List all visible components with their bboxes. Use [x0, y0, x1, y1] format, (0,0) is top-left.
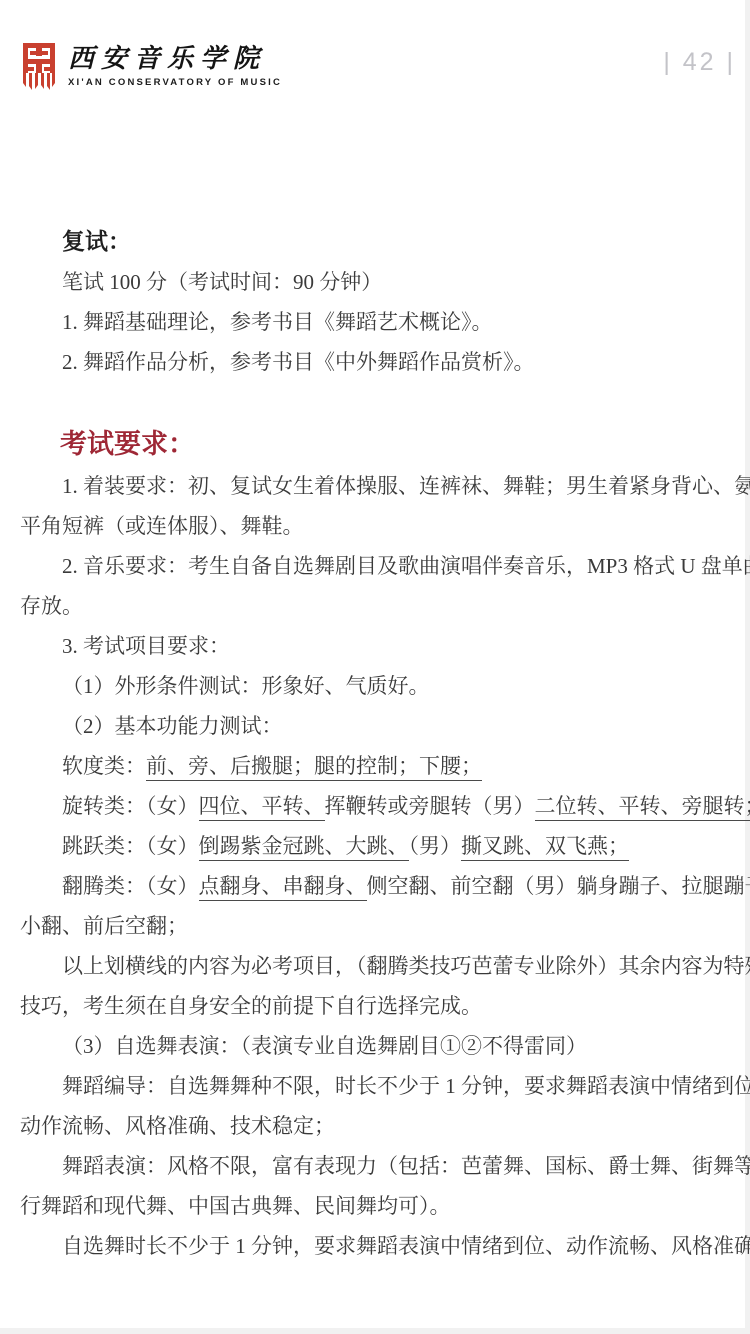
underlined-text: 倒踢紫金冠跳、大跳、 [199, 834, 409, 861]
underlined-text: 点翻身、串翻身、 [199, 874, 367, 901]
text-line: 技巧，考生须在自身安全的前提下自行选择完成。 [20, 986, 734, 1026]
text-line: 动作流畅、风格准确、技术稳定； [20, 1106, 734, 1146]
text-segment: （男） [409, 834, 462, 858]
university-name-cn: 西安音乐学院 [68, 44, 282, 74]
exam-requirements-heading: 考试要求： [20, 422, 734, 466]
text-segment: 翻腾类：（女） [62, 874, 199, 898]
text-line: 1. 着装要求：初、复试女生着体操服、连裤袜、舞鞋；男生着紧身背心、氨纶 [20, 466, 734, 506]
text-line: 软度类：前、旁、后搬腿；腿的控制；下腰； [20, 746, 734, 786]
text-line: （2）基本功能力测试： [20, 706, 734, 746]
text-line: 舞蹈编导：自选舞舞种不限，时长不少于 1 分钟，要求舞蹈表演中情绪到位、 [20, 1066, 734, 1106]
text-segment: 3. 考试项目要求： [62, 634, 230, 658]
text-line: 2. 音乐要求：考生自备自选舞剧目及歌曲演唱伴奏音乐，MP3 格式 U 盘单曲 [20, 546, 734, 586]
text-segment: 平角短裤（或连体服）、舞鞋。 [20, 514, 304, 538]
text-line: 旋转类：（女）四位、平转、挥鞭转或旁腿转（男）二位转、平转、旁腿转； [20, 786, 734, 826]
header: 西安音乐学院 XI'AN CONSERVATORY OF MUSIC [20, 42, 282, 96]
requirements-lines: 1. 着装要求：初、复试女生着体操服、连裤袜、舞鞋；男生着紧身背心、氨纶平角短裤… [20, 466, 734, 1266]
text-segment: 侧空翻、前空翻（男）躺身蹦子、拉腿蹦子、 [367, 874, 750, 898]
conservatory-seal-icon [20, 42, 58, 92]
text-segment: 小翻、前后空翻； [20, 914, 188, 938]
brand-block: 西安音乐学院 XI'AN CONSERVATORY OF MUSIC [68, 42, 282, 88]
text-line: 平角短裤（或连体服）、舞鞋。 [20, 506, 734, 546]
text-line: （3）自选舞表演：（表演专业自选舞剧目①②不得雷同） [20, 1026, 734, 1066]
page-number: | 42 | [663, 48, 736, 77]
text-segment: 2. 音乐要求：考生自备自选舞剧目及歌曲演唱伴奏音乐，MP3 格式 U 盘单曲 [62, 554, 750, 578]
university-name-en: XI'AN CONSERVATORY OF MUSIC [68, 77, 282, 88]
text-segment: 技巧，考生须在自身安全的前提下自行选择完成。 [20, 994, 482, 1018]
text-segment: 1. 着装要求：初、复试女生着体操服、连裤袜、舞鞋；男生着紧身背心、氨纶 [62, 474, 750, 498]
text-segment: （2）基本功能力测试： [62, 714, 283, 738]
underlined-text: 二位转、平转、旁腿转； [535, 794, 750, 821]
document-page: 西安音乐学院 XI'AN CONSERVATORY OF MUSIC | 42 … [0, 0, 750, 1334]
document-content: 复试： 笔试 100 分（考试时间：90 分钟）1. 舞蹈基础理论，参考书目《舞… [20, 220, 734, 1266]
text-line: 存放。 [20, 586, 734, 626]
text-line: 跳跃类：（女）倒踢紫金冠跳、大跳、（男）撕叉跳、双飞燕； [20, 826, 734, 866]
text-line: （1）外形条件测试：形象好、气质好。 [20, 666, 734, 706]
retest-lines: 笔试 100 分（考试时间：90 分钟）1. 舞蹈基础理论，参考书目《舞蹈艺术概… [20, 262, 734, 382]
text-line: 2. 舞蹈作品分析，参考书目《中外舞蹈作品赏析》。 [20, 342, 734, 382]
text-segment: （3）自选舞表演：（表演专业自选舞剧目①②不得雷同） [62, 1034, 587, 1058]
text-line: 自选舞时长不少于 1 分钟，要求舞蹈表演中情绪到位、动作流畅、风格准确、 [20, 1226, 734, 1266]
text-line: 以上划横线的内容为必考项目，（翻腾类技巧芭蕾专业除外）其余内容为特殊 [20, 946, 734, 986]
underlined-text: 撕叉跳、双飞燕； [461, 834, 629, 861]
text-line: 3. 考试项目要求： [20, 626, 734, 666]
text-segment: 行舞蹈和现代舞、中国古典舞、民间舞均可）。 [20, 1194, 451, 1218]
retest-heading: 复试： [20, 220, 734, 262]
underlined-text: 四位、平转、 [199, 794, 325, 821]
text-segment: （1）外形条件测试：形象好、气质好。 [62, 674, 430, 698]
text-segment: 以上划横线的内容为必考项目，（翻腾类技巧芭蕾专业除外）其余内容为特殊 [62, 954, 750, 978]
text-line: 小翻、前后空翻； [20, 906, 734, 946]
text-line: 1. 舞蹈基础理论，参考书目《舞蹈艺术概论》。 [20, 302, 734, 342]
text-line: 笔试 100 分（考试时间：90 分钟） [20, 262, 734, 302]
text-segment: 跳跃类：（女） [62, 834, 199, 858]
underlined-text: 前、旁、后搬腿；腿的控制；下腰； [146, 754, 482, 781]
text-line: 行舞蹈和现代舞、中国古典舞、民间舞均可）。 [20, 1186, 734, 1226]
text-segment: 自选舞时长不少于 1 分钟，要求舞蹈表演中情绪到位、动作流畅、风格准确、 [62, 1234, 750, 1258]
text-segment: 挥鞭转或旁腿转（男） [325, 794, 535, 818]
text-segment: 舞蹈表演：风格不限，富有表现力（包括：芭蕾舞、国标、爵士舞、街舞等流 [62, 1154, 750, 1178]
text-segment: 存放。 [20, 594, 83, 618]
text-segment: 旋转类：（女） [62, 794, 199, 818]
text-line: 翻腾类：（女）点翻身、串翻身、侧空翻、前空翻（男）躺身蹦子、拉腿蹦子、 [20, 866, 734, 906]
text-segment: 动作流畅、风格准确、技术稳定； [20, 1114, 335, 1138]
text-segment: 软度类： [62, 754, 146, 778]
text-line: 舞蹈表演：风格不限，富有表现力（包括：芭蕾舞、国标、爵士舞、街舞等流 [20, 1146, 734, 1186]
text-segment: 舞蹈编导：自选舞舞种不限，时长不少于 1 分钟，要求舞蹈表演中情绪到位、 [62, 1074, 750, 1098]
